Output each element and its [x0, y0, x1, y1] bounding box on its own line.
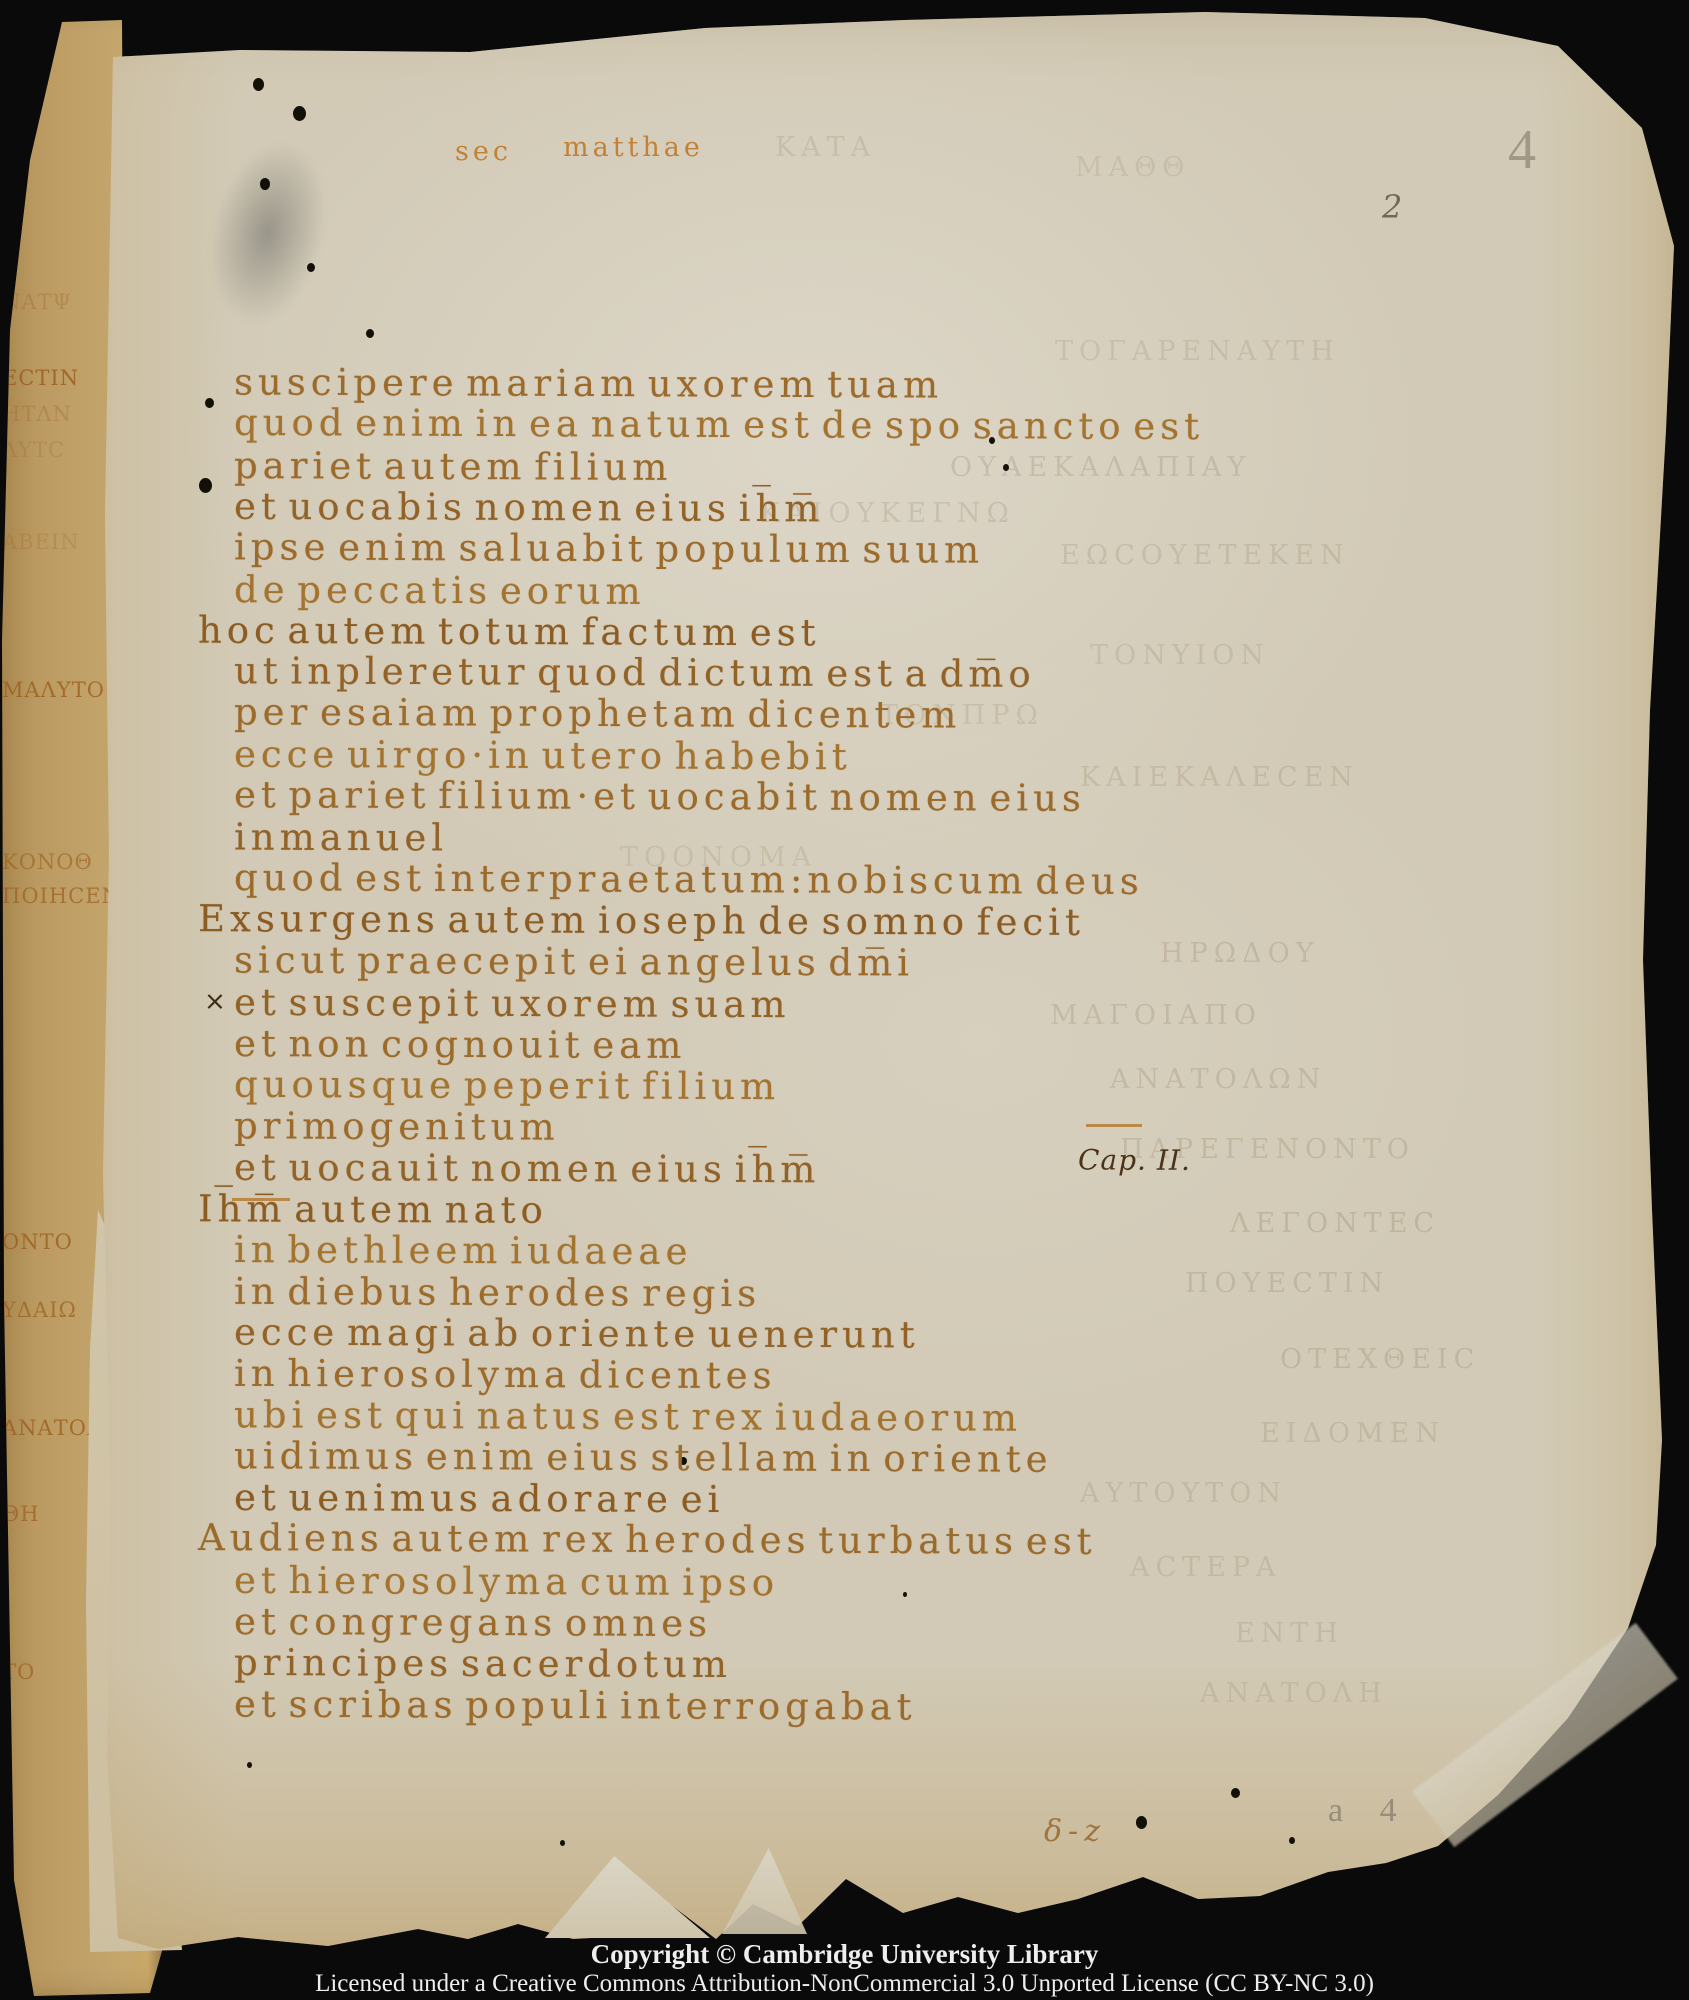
manuscript-line: ut inpleretur quod dictum est a dm̅o — [234, 649, 1036, 695]
manuscript-line: Exsurgens autem ioseph de somno fecit — [198, 897, 1085, 944]
manuscript-line: ipse enim saluabit populum suum — [234, 526, 984, 572]
manuscript-line: quod est interpraetatum:nobiscum deus — [234, 856, 1144, 903]
manuscript-photo: ΝΑΤΨΕϹΤΙΝΗΤΛΝΛΥΤϹΑΒΕΙΝΜΑΛΥΤΟΚΟΝΟΘΠΟΙΗϹΕΝ… — [0, 0, 1689, 2000]
margin-mark: × — [204, 986, 226, 1016]
manuscript-line: et non cognouit eam — [234, 1022, 687, 1067]
manuscript-line: et scribas populi interrogabat — [234, 1682, 917, 1728]
manuscript-line: inmanuel — [234, 816, 448, 860]
manuscript-line: quousque peperit filium — [234, 1063, 780, 1108]
manuscript-line: uidimus enim eius stellam in oriente — [234, 1434, 1053, 1481]
manuscript-line: et congregans omnes — [234, 1600, 712, 1645]
manuscript-line: et uenimus adorare ei — [234, 1476, 725, 1521]
manuscript-line: principes sacerdotum — [234, 1641, 732, 1686]
manuscript-line: in diebus herodes regis — [234, 1269, 761, 1314]
manuscript-line: quod enim in ea natum est de spo sancto … — [234, 401, 1204, 448]
manuscript-line: ubi est qui natus est rex iudaeorum — [234, 1393, 1022, 1439]
footer-copyright: Copyright © Cambridge University Library — [0, 1939, 1689, 1969]
manuscript-line: in bethleem iudaeae — [234, 1228, 693, 1273]
footer: Copyright © Cambridge University Library… — [0, 1939, 1689, 2000]
manuscript-line: pariet autem filium — [234, 444, 673, 489]
manuscript-line: primogenitum — [234, 1105, 560, 1149]
footer-license: Licensed under a Creative Commons Attrib… — [0, 1969, 1689, 1998]
manuscript-line: et uocauit nomen eius ih̅m̅Cap. II. — [234, 1145, 821, 1191]
manuscript-line: sicut praecepit ei angelus dm̅i — [234, 939, 914, 985]
manuscript-line: in hierosolyma dicentes — [234, 1352, 777, 1397]
manuscript-line: de peccatis eorum — [234, 568, 646, 613]
manuscript-line: et uocabis nomen eius ih̅m̅ — [234, 485, 825, 531]
manuscript-line: Ih̅m̅ autem nato — [198, 1187, 548, 1232]
chapter-annotation: Cap. II. — [1078, 1143, 1191, 1176]
manuscript-text-block: suscipere mariam uxorem tuamquod enim in… — [0, 0, 1689, 2000]
manuscript-line: et suscepit uxorem suam× — [234, 980, 791, 1025]
manuscript-line: Audiens autem rex herodes turbatus est — [198, 1516, 1097, 1563]
manuscript-line: hoc autem totum factum est — [198, 608, 821, 654]
manuscript-line: ecce magi ab oriente uenerunt — [234, 1310, 920, 1356]
manuscript-line: suscipere mariam uxorem tuam — [234, 360, 943, 406]
manuscript-line: ecce uirgo·in utero habebit — [234, 732, 852, 778]
manuscript-line: et hierosolyma cum ipso — [234, 1558, 779, 1603]
manuscript-line: et pariet filium·et uocabit nomen eius — [234, 773, 1086, 820]
manuscript-line: per esaiam prophetam dicentem — [234, 691, 962, 737]
